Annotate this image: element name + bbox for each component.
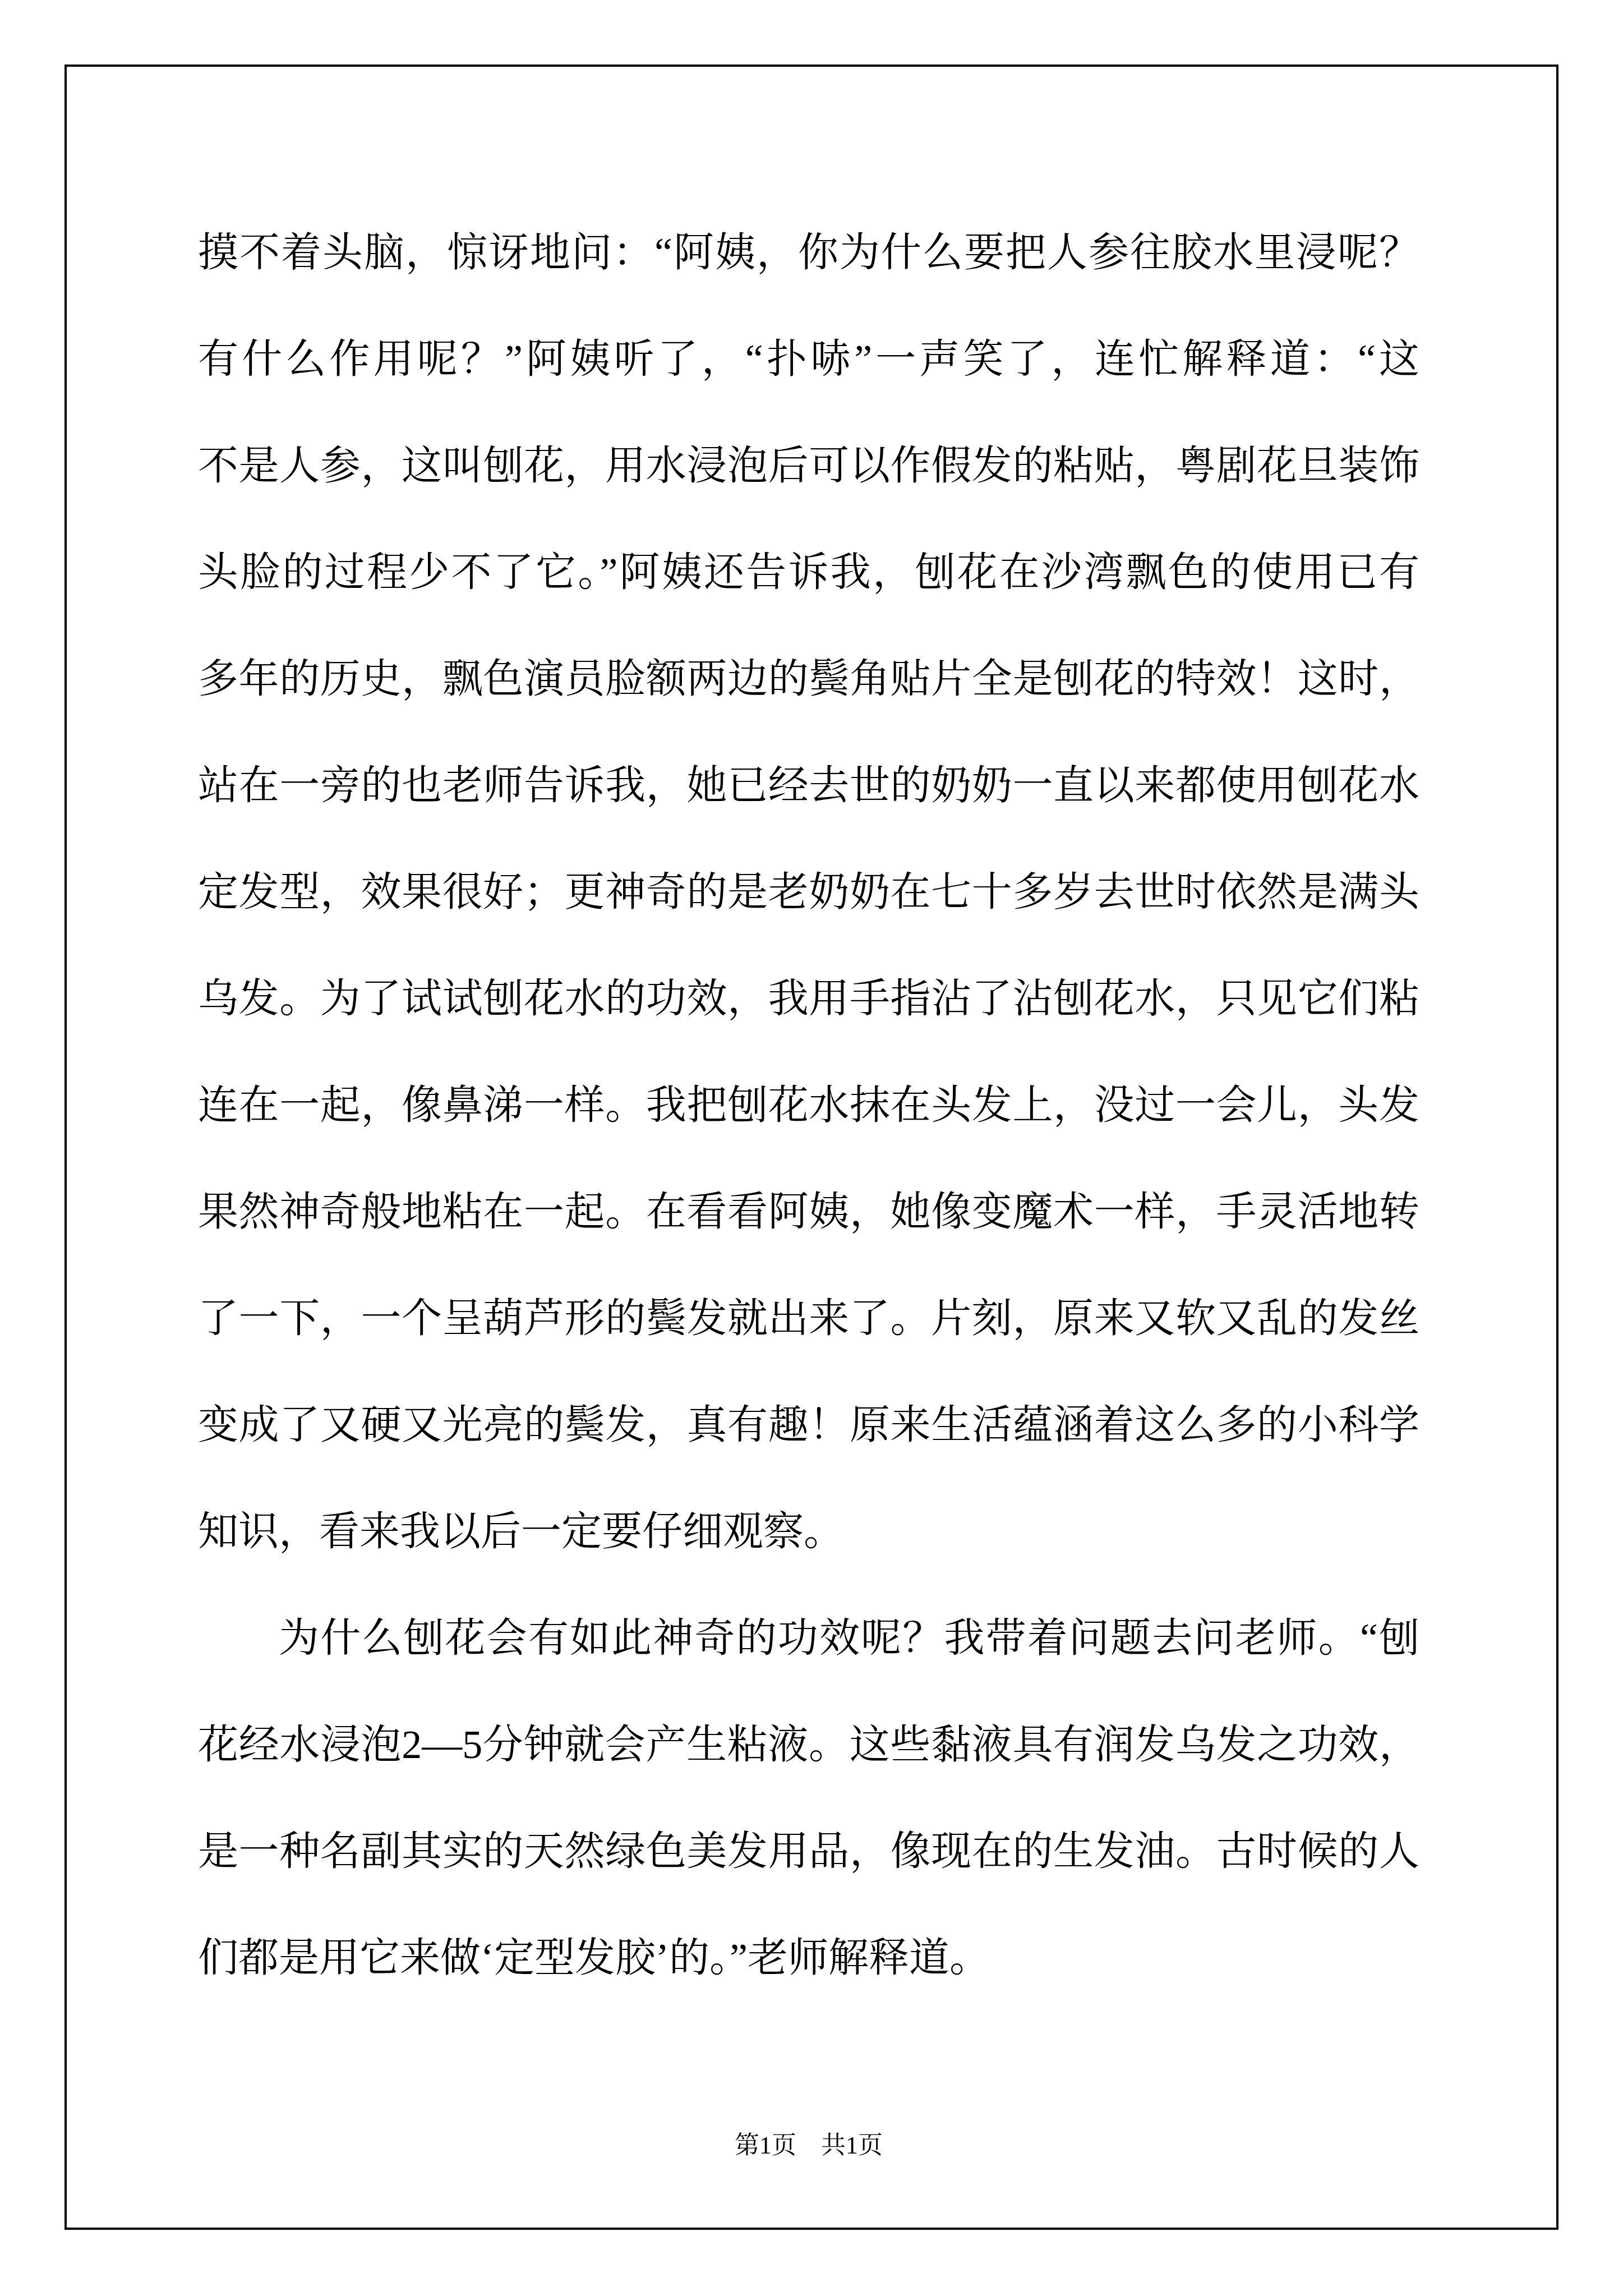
text-line: 是一种名副其实的天然绿色美发用品，像现在的生发油。古时候的人	[198, 1798, 1419, 1904]
text-line-paragraph-end: 们都是用它来做‘定型发胶’的。”老师解释道。	[198, 1904, 1419, 2011]
text-line: 连在一起，像鼻涕一样。我把刨花水抹在头发上，没过一会儿，头发	[198, 1052, 1419, 1158]
text-line: 头脸的过程少不了它。”阿姨还告诉我，刨花在沙湾飘色的使用已有	[198, 519, 1419, 625]
text-line: 乌发。为了试试刨花水的功效，我用手指沾了沾刨花水，只见它们粘	[198, 945, 1419, 1052]
text-line-paragraph-start: 为什么刨花会有如此神奇的功效呢？我带着问题去问老师。“刨	[198, 1585, 1419, 1691]
text-line: 摸不着头脑，惊讶地问：“阿姨，你为什么要把人参往胶水里浸呢？	[198, 199, 1419, 306]
text-line: 变成了又硬又光亮的鬓发，真有趣！原来生活蕴涵着这么多的小科学	[198, 1372, 1419, 1478]
text-line-paragraph-end: 知识，看来我以后一定要仔细观察。	[198, 1478, 1419, 1585]
page-number-footer: 第1页 共1页	[198, 2129, 1419, 2162]
text-line: 果然神奇般地粘在一起。在看看阿姨，她像变魔术一样，手灵活地转	[198, 1158, 1419, 1265]
text-line: 不是人参，这叫刨花，用水浸泡后可以作假发的粘贴，粤剧花旦装饰	[198, 412, 1419, 519]
document-page: { "page": { "lines": [ "摸不着头脑，惊讶地问：“阿姨，你…	[0, 0, 1623, 2296]
text-line: 了一下，一个呈葫芦形的鬓发就出来了。片刻，原来又软又乱的发丝	[198, 1265, 1419, 1372]
text-line: 花经水浸泡2—5分钟就会产生粘液。这些黏液具有润发乌发之功效，	[198, 1691, 1419, 1798]
text-line: 站在一旁的也老师告诉我，她已经去世的奶奶一直以来都使用刨花水	[198, 732, 1419, 839]
text-line: 定发型，效果很好；更神奇的是老奶奶在七十多岁去世时依然是满头	[198, 839, 1419, 945]
body-text: 摸不着头脑，惊讶地问：“阿姨，你为什么要把人参往胶水里浸呢？ 有什么作用呢？”阿…	[198, 199, 1419, 2011]
text-line: 有什么作用呢？”阿姨听了，“扑哧”一声笑了，连忙解释道：“这	[198, 306, 1419, 412]
text-line: 多年的历史，飘色演员脸额两边的鬓角贴片全是刨花的特效！这时，	[198, 625, 1419, 732]
